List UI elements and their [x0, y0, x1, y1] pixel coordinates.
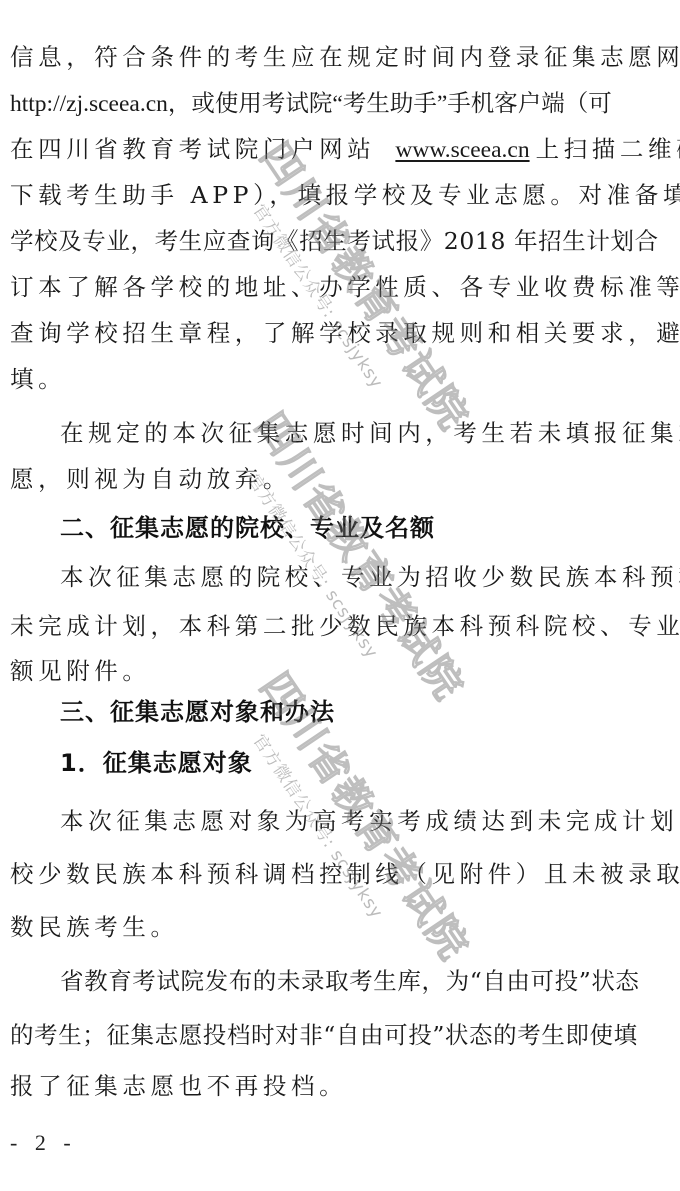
portal-link[interactable]: www.sceea.cn — [395, 137, 529, 163]
text-segment: 上扫描二维码 — [536, 135, 680, 163]
url-text: http://zj.sceea.cn，或使用考试院“考生助手”手机客户端（可 — [10, 91, 612, 117]
text-line: 报了征集志愿也不再投档。 — [10, 1071, 670, 1101]
document-page: 信息，符合条件的考生应在规定时间内登录征集志愿网址 http://zj.scee… — [0, 0, 680, 1191]
text-line: 信息，符合条件的考生应在规定时间内登录征集志愿网址 — [10, 42, 670, 72]
text-line: 本次征集志愿的院校、专业为招收少数民族本科预科的 — [60, 562, 670, 592]
text-line: 校少数民族本科预科调档控制线（见附件）且未被录取的少 — [10, 859, 670, 889]
page-number: - 2 - — [10, 1130, 77, 1156]
text-line: 的考生；征集志愿投档时对非“自由可投”状态的考生即使填 — [10, 1020, 670, 1050]
text-line: 省教育考试院发布的未录取考生库，为“自由可投”状态 — [60, 966, 670, 996]
text-line: 在四川省教育考试院门户网站 www.sceea.cn上扫描二维码 — [10, 134, 670, 165]
text-line: http://zj.sceea.cn，或使用考试院“考生助手”手机客户端（可 — [10, 88, 670, 119]
text-line: 订本了解各学校的地址、办学性质、各专业收费标准等，并 — [10, 272, 670, 302]
text-line: 额见附件。 — [10, 656, 670, 686]
text-line: 未完成计划，本科第二批少数民族本科预科院校、专业及名 — [10, 611, 670, 641]
text-line: 填。 — [10, 364, 670, 394]
section-heading: 三、征集志愿对象和办法 — [60, 697, 335, 727]
text-line: 学校及专业，考生应查询《招生考试报》2018 年招生计划合 — [10, 226, 670, 256]
sub-heading: 1．征集志愿对象 — [60, 748, 253, 778]
section-heading: 二、征集志愿的院校、专业及名额 — [60, 513, 435, 543]
text-line: 本次征集志愿对象为高考实考成绩达到未完成计划院 — [60, 806, 670, 836]
text-line: 下载考生助手 APP），填报学校及专业志愿。对准备填报的 — [10, 180, 670, 210]
text-line: 愿，则视为自动放弃。 — [10, 464, 670, 494]
text-line: 在规定的本次征集志愿时间内，考生若未填报征集志 — [60, 418, 670, 448]
text-line: 数民族考生。 — [10, 912, 670, 942]
text-line: 查询学校招生章程，了解学校录取规则和相关要求，避免误 — [10, 318, 670, 348]
text-segment: 在四川省教育考试院门户网站 — [10, 135, 375, 163]
